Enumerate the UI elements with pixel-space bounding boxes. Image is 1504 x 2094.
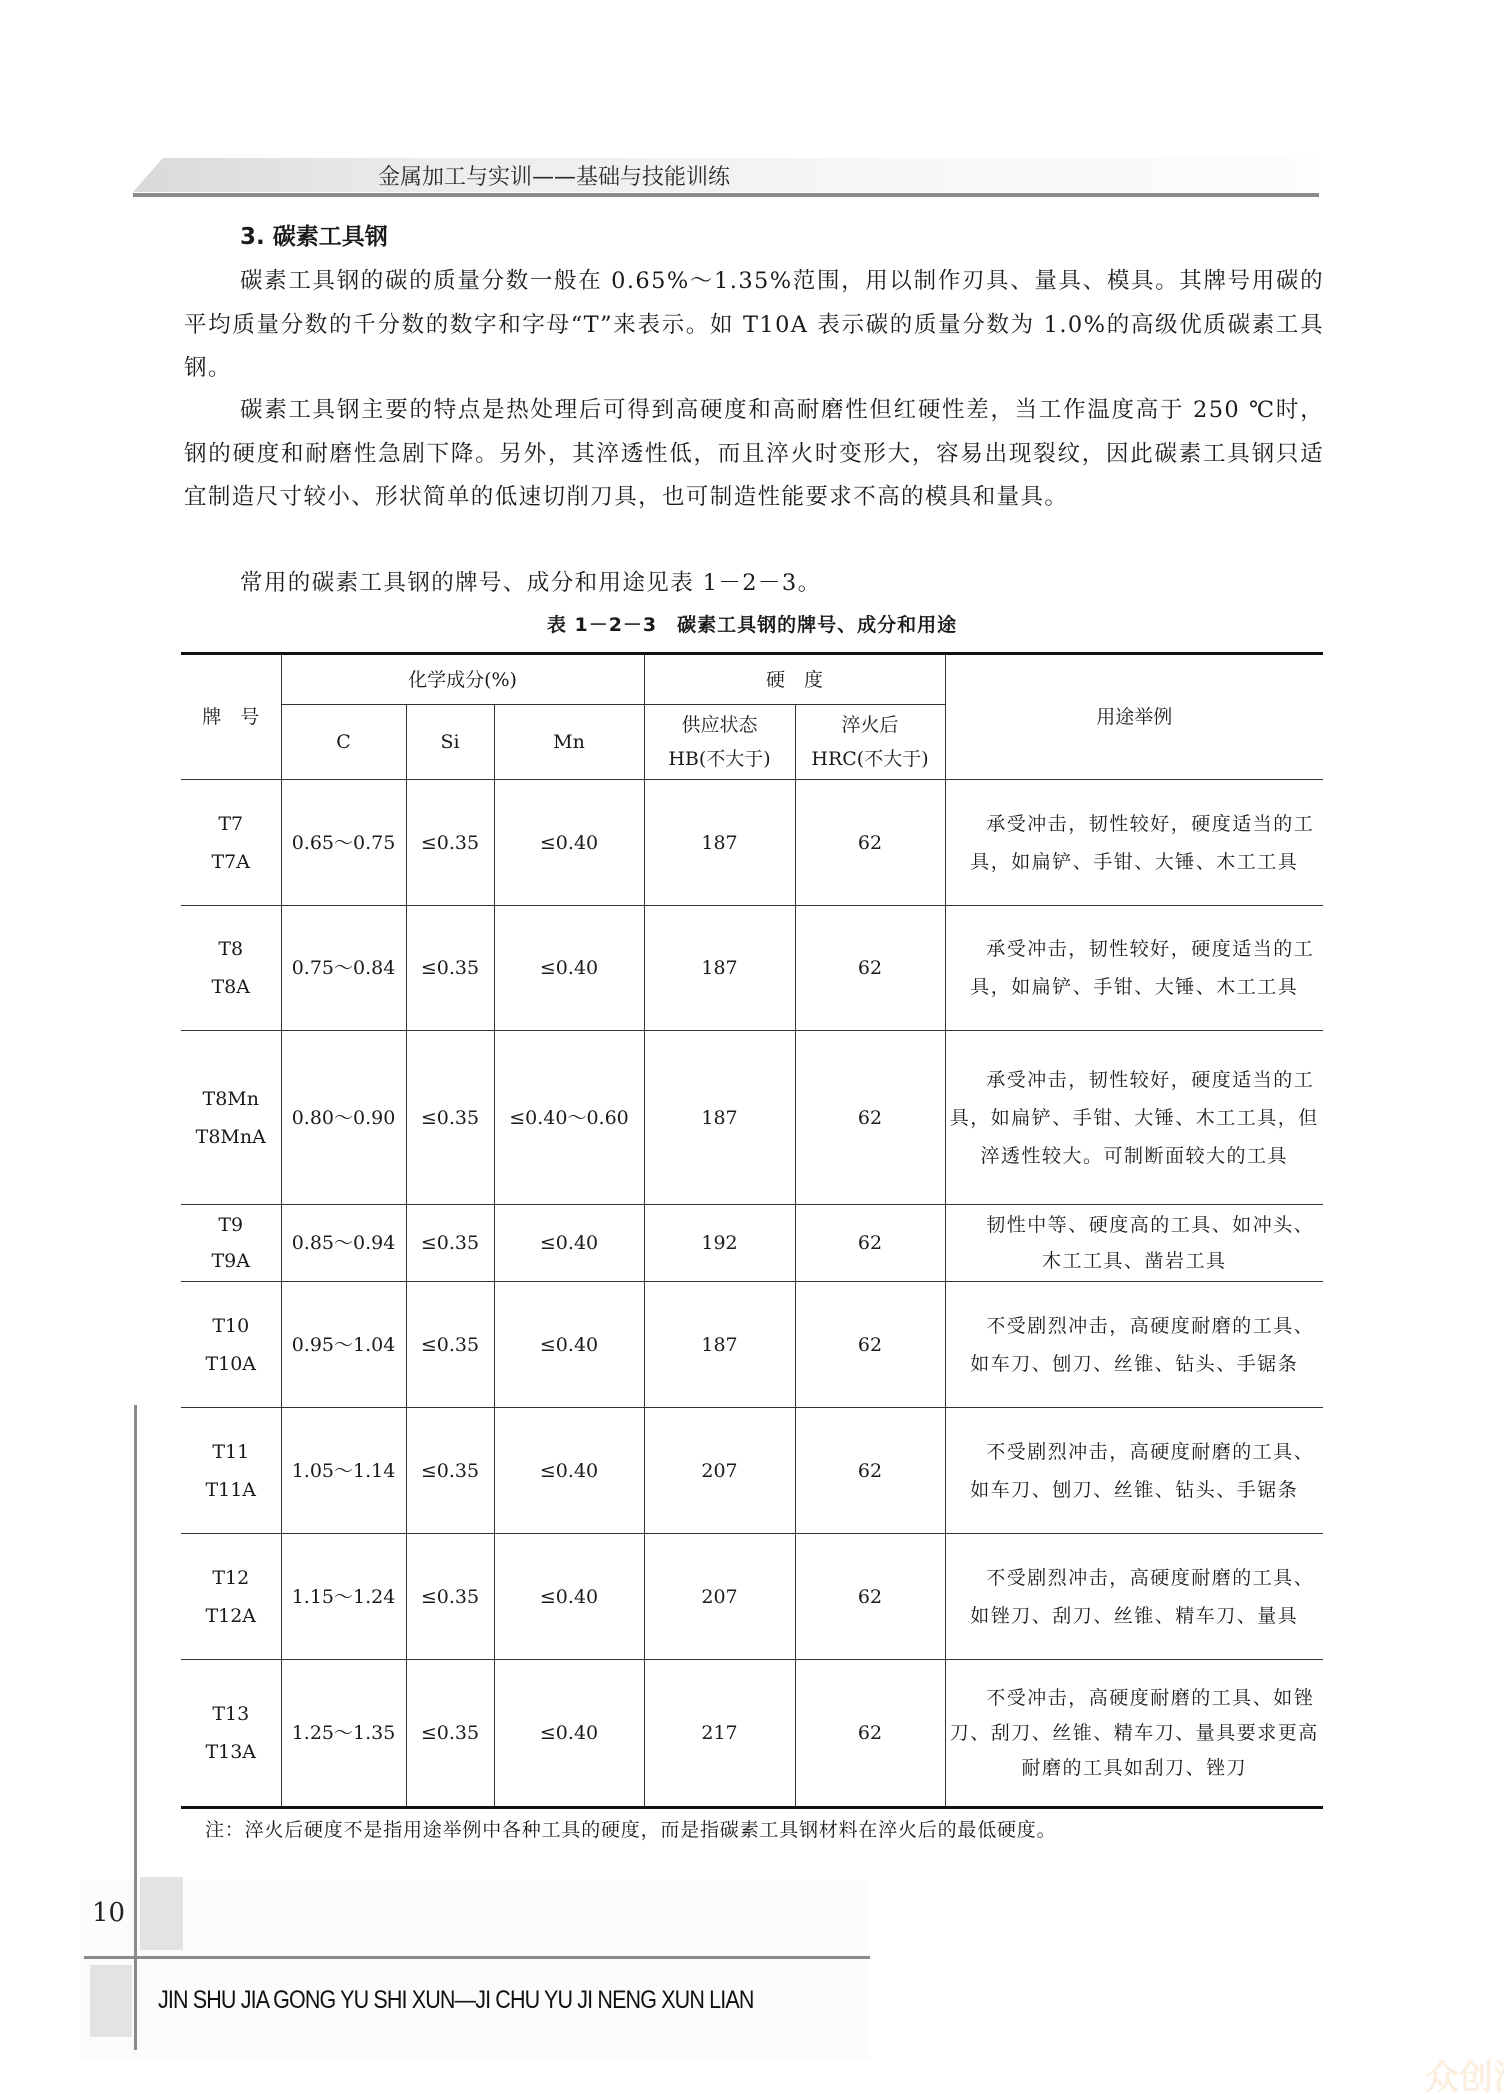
usage-text: 不受剧烈冲击，高硬度耐磨的工具、如锉刀、刮刀、丝锥、精车刀、量具 <box>970 1567 1314 1627</box>
footer-rule <box>84 1956 870 1959</box>
usage-text: 不受剧烈冲击，高硬度耐磨的工具、如车刀、刨刀、丝锥、钻头、手锯条 <box>970 1441 1314 1501</box>
grade-a: T8MnA <box>181 1118 281 1156</box>
paragraph-3: 常用的碳素工具钢的牌号、成分和用途见表 1－2－3。 <box>184 562 1324 606</box>
grade-a: T9A <box>181 1243 281 1279</box>
table-row: T12T12A 1.15～1.24 ≤0.35 ≤0.40 207 62 不受剧… <box>181 1534 1323 1660</box>
c-cell: 1.15～1.24 <box>281 1534 406 1660</box>
hb-cell: 207 <box>644 1408 795 1534</box>
si-cell: ≤0.35 <box>406 1031 494 1205</box>
header-hrc-label: HRC(不大于) <box>796 742 945 776</box>
grade-cell: T11T11A <box>181 1408 281 1534</box>
mn-cell: ≤0.40 <box>494 1205 644 1282</box>
c-cell: 1.25～1.35 <box>281 1660 406 1808</box>
usage-cell: 韧性中等、硬度高的工具、如冲头、木工工具、凿岩工具 <box>945 1205 1323 1282</box>
table-row: T8MnT8MnA 0.80～0.90 ≤0.35 ≤0.40～0.60 187… <box>181 1031 1323 1205</box>
usage-text: 承受冲击，韧性较好，硬度适当的工具，如扁铲、手钳、大锤、木工工具 <box>970 813 1314 873</box>
grade: T13 <box>181 1695 281 1733</box>
grade-a: T11A <box>181 1471 281 1509</box>
header-mn: Mn <box>494 705 644 780</box>
usage-cell: 承受冲击，韧性较好，硬度适当的工具，如扁铲、手钳、大锤、木工工具 <box>945 906 1323 1031</box>
grade-a: T8A <box>181 968 281 1006</box>
mn-cell: ≤0.40 <box>494 1660 644 1808</box>
grade-cell: T10T10A <box>181 1282 281 1408</box>
header-hardness: 硬 度 <box>644 654 945 705</box>
hrc-cell: 62 <box>795 1660 945 1808</box>
section-title: 3. 碳素工具钢 <box>240 218 388 251</box>
margin-vertical-rule <box>134 1405 137 2050</box>
header-supply-hb: 供应状态 HB(不大于) <box>644 705 795 780</box>
table-row: T10T10A 0.95～1.04 ≤0.35 ≤0.40 187 62 不受剧… <box>181 1282 1323 1408</box>
table-note: 注：淬火后硬度不是指用途举例中各种工具的硬度，而是指碳素工具钢材料在淬火后的最低… <box>205 1815 1056 1842</box>
footer-gray-block <box>90 1965 132 2037</box>
header-grade: 牌 号 <box>181 654 281 780</box>
grade-cell: T13T13A <box>181 1660 281 1808</box>
header-si: Si <box>406 705 494 780</box>
hrc-cell: 62 <box>795 1205 945 1282</box>
grade-a: T13A <box>181 1733 281 1771</box>
table-row: T13T13A 1.25～1.35 ≤0.35 ≤0.40 217 62 不受冲… <box>181 1660 1323 1808</box>
hb-cell: 217 <box>644 1660 795 1808</box>
grade: T7 <box>181 805 281 843</box>
usage-cell: 不受剧烈冲击，高硬度耐磨的工具、如车刀、刨刀、丝锥、钻头、手锯条 <box>945 1282 1323 1408</box>
si-cell: ≤0.35 <box>406 906 494 1031</box>
grade: T11 <box>181 1433 281 1471</box>
hrc-cell: 62 <box>795 1534 945 1660</box>
grade: T8Mn <box>181 1080 281 1118</box>
footer-panel <box>80 1880 870 2060</box>
usage-text: 承受冲击，韧性较好，硬度适当的工具，如扁铲、手钳、大锤、木工工具，但淬透性较大。… <box>950 1069 1319 1167</box>
si-cell: ≤0.35 <box>406 1205 494 1282</box>
mn-cell: ≤0.40 <box>494 1534 644 1660</box>
mn-cell: ≤0.40～0.60 <box>494 1031 644 1205</box>
c-cell: 0.80～0.90 <box>281 1031 406 1205</box>
hrc-cell: 62 <box>795 906 945 1031</box>
c-cell: 0.75～0.84 <box>281 906 406 1031</box>
header-composition: 化学成分(%) <box>281 654 644 705</box>
usage-text: 不受剧烈冲击，高硬度耐磨的工具、如车刀、刨刀、丝锥、钻头、手锯条 <box>970 1315 1314 1375</box>
table-row: T7T7A 0.65～0.75 ≤0.35 ≤0.40 187 62 承受冲击，… <box>181 780 1323 906</box>
paragraph-2: 碳素工具钢主要的特点是热处理后可得到高硬度和高耐磨性但红硬性差，当工作温度高于 … <box>184 389 1324 520</box>
grade: T12 <box>181 1559 281 1597</box>
table-row: T11T11A 1.05～1.14 ≤0.35 ≤0.40 207 62 不受剧… <box>181 1408 1323 1534</box>
table-header-row: 牌 号 化学成分(%) 硬 度 用途举例 <box>181 654 1323 705</box>
footer-gray-block <box>140 1877 183 1950</box>
si-cell: ≤0.35 <box>406 1408 494 1534</box>
mn-cell: ≤0.40 <box>494 780 644 906</box>
grade-a: T10A <box>181 1345 281 1383</box>
usage-text: 承受冲击，韧性较好，硬度适当的工具，如扁铲、手钳、大锤、木工工具 <box>970 938 1314 998</box>
hb-cell: 187 <box>644 1031 795 1205</box>
grade: T8 <box>181 930 281 968</box>
carbon-tool-steel-table: 牌 号 化学成分(%) 硬 度 用途举例 C Si Mn 供应状态 HB(不大于… <box>181 652 1323 1809</box>
hrc-cell: 62 <box>795 1031 945 1205</box>
si-cell: ≤0.35 <box>406 1534 494 1660</box>
usage-cell: 承受冲击，韧性较好，硬度适当的工具，如扁铲、手钳、大锤、木工工具，但淬透性较大。… <box>945 1031 1323 1205</box>
hb-cell: 187 <box>644 906 795 1031</box>
mn-cell: ≤0.40 <box>494 1282 644 1408</box>
c-cell: 0.65～0.75 <box>281 780 406 906</box>
si-cell: ≤0.35 <box>406 780 494 906</box>
hrc-cell: 62 <box>795 1282 945 1408</box>
usage-text: 不受冲击，高硬度耐磨的工具、如锉刀、刮刀、丝锥、精车刀、量具要求更高耐磨的工具如… <box>950 1687 1319 1779</box>
c-cell: 1.05～1.14 <box>281 1408 406 1534</box>
grade: T9 <box>181 1207 281 1243</box>
grade-cell: T8MnT8MnA <box>181 1031 281 1205</box>
footer-pinyin-title: JIN SHU JIA GONG YU SHI XUN—JI CHU YU JI… <box>158 1986 753 2015</box>
header-c: C <box>281 705 406 780</box>
grade-cell: T9T9A <box>181 1205 281 1282</box>
paragraph-1: 碳素工具钢的碳的质量分数一般在 0.65%～1.35%范围，用以制作刃具、量具、… <box>184 260 1324 391</box>
grade-cell: T8T8A <box>181 906 281 1031</box>
hb-cell: 207 <box>644 1534 795 1660</box>
header-supply-label: 供应状态 <box>645 708 795 742</box>
hrc-cell: 62 <box>795 1408 945 1534</box>
header-hb-label: HB(不大于) <box>645 742 795 776</box>
si-cell: ≤0.35 <box>406 1660 494 1808</box>
grade-a: T12A <box>181 1597 281 1635</box>
hb-cell: 187 <box>644 1282 795 1408</box>
hb-cell: 187 <box>644 780 795 906</box>
usage-cell: 承受冲击，韧性较好，硬度适当的工具，如扁铲、手钳、大锤、木工工具 <box>945 780 1323 906</box>
grade-cell: T12T12A <box>181 1534 281 1660</box>
si-cell: ≤0.35 <box>406 1282 494 1408</box>
table-row: T8T8A 0.75～0.84 ≤0.35 ≤0.40 187 62 承受冲击，… <box>181 906 1323 1031</box>
header-quench-label: 淬火后 <box>796 708 945 742</box>
page-number: 10 <box>92 1898 125 1928</box>
mn-cell: ≤0.40 <box>494 1408 644 1534</box>
usage-cell: 不受剧烈冲击，高硬度耐磨的工具、如锉刀、刮刀、丝锥、精车刀、量具 <box>945 1534 1323 1660</box>
grade-cell: T7T7A <box>181 780 281 906</box>
header-quench-hrc: 淬火后 HRC(不大于) <box>795 705 945 780</box>
mn-cell: ≤0.40 <box>494 906 644 1031</box>
running-header-rule <box>133 193 1319 197</box>
hb-cell: 192 <box>644 1205 795 1282</box>
table-row: T9T9A 0.85～0.94 ≤0.35 ≤0.40 192 62 韧性中等、… <box>181 1205 1323 1282</box>
header-usage: 用途举例 <box>945 654 1323 780</box>
c-cell: 0.95～1.04 <box>281 1282 406 1408</box>
usage-cell: 不受冲击，高硬度耐磨的工具、如锉刀、刮刀、丝锥、精车刀、量具要求更高耐磨的工具如… <box>945 1660 1323 1808</box>
hrc-cell: 62 <box>795 780 945 906</box>
table-caption: 表 1－2－3 碳素工具钢的牌号、成分和用途 <box>181 610 1323 637</box>
grade: T10 <box>181 1307 281 1345</box>
usage-cell: 不受剧烈冲击，高硬度耐磨的工具、如车刀、刨刀、丝锥、钻头、手锯条 <box>945 1408 1323 1534</box>
usage-text: 韧性中等、硬度高的工具、如冲头、木工工具、凿岩工具 <box>986 1214 1314 1272</box>
c-cell: 0.85～0.94 <box>281 1205 406 1282</box>
running-header-title: 金属加工与实训——基础与技能训练 <box>378 160 730 191</box>
watermark-logo: 众创汇嘉 <box>1425 2050 1504 2094</box>
grade-a: T7A <box>181 843 281 881</box>
